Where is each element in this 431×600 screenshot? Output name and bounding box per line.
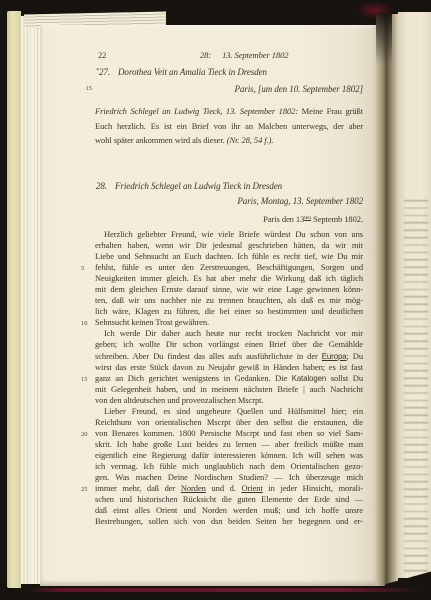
regest-title: Dorothea Veit an Amalia Tieck in Dresden bbox=[118, 67, 267, 77]
margin-line-number: 5 bbox=[81, 263, 92, 274]
red-cover-stripe bbox=[28, 588, 423, 592]
margin-line-number: 15 bbox=[81, 85, 92, 92]
letter-text-line: geben; ich wollte Dir schon vorlängst ei… bbox=[95, 339, 363, 350]
letter-text-line: 10Sehnsucht keinen Trost gewähren. bbox=[95, 317, 363, 328]
letter-text-line: daß einst alles Orient und Norden werden… bbox=[95, 505, 363, 516]
letter-text-line: gen. Was machen Deine Nordischen Studien… bbox=[95, 472, 363, 483]
regest-text-line: Friedrich Schlegel an Ludwig Tieck, 13. … bbox=[95, 104, 363, 119]
regest-text-line: Euch herzlich. Es ist ein Brief von ihr … bbox=[95, 119, 363, 134]
letter-text-line: mit dem gleichen Ernste darauf sinne, wi… bbox=[95, 284, 363, 295]
letter-dateline: Paris, Montag, 13. September 1802 bbox=[95, 196, 363, 206]
letter-text-line: schreiben. Aber Du findest das alles auf… bbox=[95, 351, 363, 362]
letter-text: Herzlich geliebter Freund, wie viele Bri… bbox=[95, 229, 363, 527]
letter-text-line: Ich werde Dir daher auch heute nur recht… bbox=[95, 328, 363, 339]
book-cover-edge bbox=[7, 11, 21, 588]
letter-text-line: ich vermag. Ich fühle mich unglaublich n… bbox=[95, 461, 363, 472]
letter-text-line: eigentlich eine Regierung dafür interess… bbox=[95, 450, 363, 461]
letter-text-line: Bestrebungen, sollen sich von dsn beiden… bbox=[95, 516, 363, 527]
letter-text-line: ten, daß wir uns nachher nie zu trennen … bbox=[95, 295, 363, 306]
regest-heading: *27.Dorothea Veit an Amalia Tieck in Dre… bbox=[96, 67, 267, 77]
letter-text-line: Reichthum von orientalischen Mscrpt über… bbox=[95, 417, 363, 428]
letter-text-line: Herzlich geliebter Freund, wie viele Bri… bbox=[95, 229, 363, 240]
regest-text-line: wohl später ankommen wird als dieser. (N… bbox=[95, 133, 363, 148]
page-header: 22 28:13. September 1802 bbox=[95, 50, 363, 62]
letter-text-line: 5fehlst, fühle es unter den Zerstreuunge… bbox=[95, 262, 363, 273]
page-stack-edge-left bbox=[21, 16, 40, 584]
letter-text-line: lich wäre, Klagen zu führen, die bei ein… bbox=[95, 306, 363, 317]
letter-text-line: wirst das erste Stück davon zu Neujahr g… bbox=[95, 362, 363, 373]
letter-title: Friedrich Schlegel an Ludwig Tieck in Dr… bbox=[115, 181, 282, 191]
regest-dateline: 15Paris, [um den 10. September 1802] bbox=[95, 84, 363, 94]
running-header-date: 13. September 1802 bbox=[222, 50, 288, 60]
margin-line-number: 25 bbox=[81, 484, 92, 495]
letter-text-line: schen und historischen Rücksicht die gut… bbox=[95, 494, 363, 505]
letter-text-line: 25immer mehr, daß der Norden und d. Orie… bbox=[95, 483, 363, 494]
letter-opening-dateline: Paris den 13ten Septemb 1802. bbox=[95, 214, 363, 224]
letter-heading: 28.Friedrich Schlegel an Ludwig Tieck in… bbox=[96, 181, 282, 191]
regest-number: 27. bbox=[99, 67, 110, 77]
letter-text-line: von den altdeutschen und provenzalischen… bbox=[95, 395, 363, 406]
letter-text-line: 15ganz an Dich gerichtet wenigstens in G… bbox=[95, 373, 363, 384]
regest-text: Friedrich Schlegel an Ludwig Tieck, 13. … bbox=[95, 104, 363, 148]
facing-page-edge bbox=[398, 12, 431, 578]
margin-line-number: 20 bbox=[81, 429, 92, 440]
gutter-top-shadow bbox=[376, 14, 392, 64]
letter-text-line: 20von Benares kommen. 1800 Persische Msc… bbox=[95, 428, 363, 439]
letter-number: 28. bbox=[96, 181, 107, 191]
margin-line-number: 15 bbox=[81, 374, 92, 385]
page-number: 22 bbox=[98, 50, 106, 60]
book-page: 22 28:13. September 1802 *27.Dorothea Ve… bbox=[40, 25, 376, 586]
running-header: 28:13. September 1802 bbox=[200, 50, 288, 60]
letter-text-line: skrit. Ich habe große Lust beides zu ler… bbox=[95, 439, 363, 450]
gutter-shadow bbox=[376, 14, 398, 586]
letter-text-line: erhalten haben, wenn wir Dir jedesmal ge… bbox=[95, 240, 363, 251]
letter-text-line: mit Gelegenheit haben, und in meinem näc… bbox=[95, 384, 363, 395]
book-photo: { "book": { "page_number": "22", "runnin… bbox=[0, 0, 431, 600]
letter-text-line: Liebe und Sehnsucht an Euch dachten. Ich… bbox=[95, 251, 363, 262]
superscript-ten: ten bbox=[304, 215, 311, 221]
letter-text-line: Lieber Freund, es sind ungeheure Quellen… bbox=[95, 406, 363, 417]
facing-page-blurred-text bbox=[404, 200, 428, 572]
letter-text-line: Neuigkeiten immer gleich. Es hat aber me… bbox=[95, 273, 363, 284]
margin-line-number: 10 bbox=[81, 318, 92, 329]
running-header-ref: 28: bbox=[200, 50, 211, 60]
